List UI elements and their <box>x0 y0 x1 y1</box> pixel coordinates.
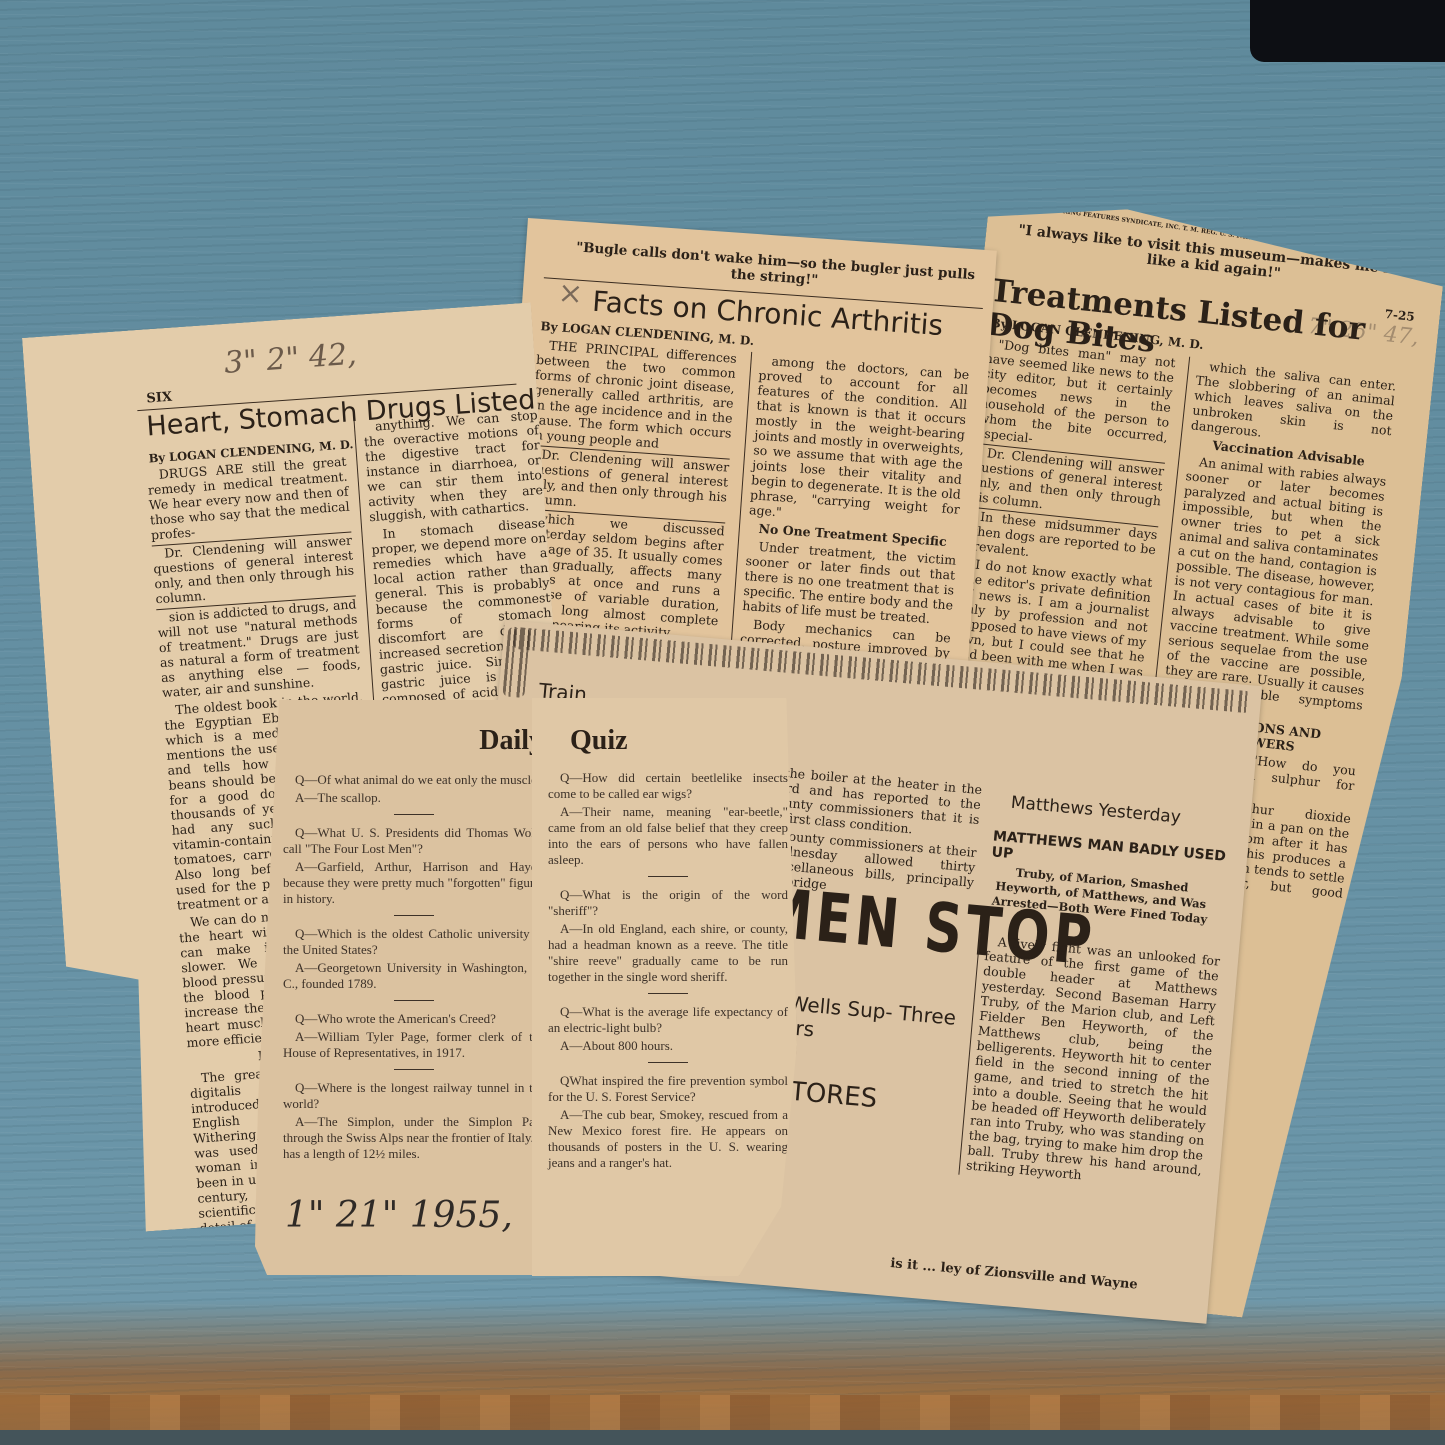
question: QWhat inspired the fire prevention symbo… <box>548 1073 788 1105</box>
quiz-item: Q—How did certain beetlelike insects com… <box>548 770 788 868</box>
dark-object-corner <box>1250 0 1445 62</box>
separator <box>648 876 688 877</box>
paragraph: A lively fight was an unlooked for featu… <box>966 933 1221 1193</box>
handwritten-date: 3" 2" 42, <box>223 337 358 381</box>
right-top-line: Matthews Yesterday <box>1010 793 1181 828</box>
page-label: SIX <box>146 390 173 407</box>
answer: A—Georgetown University in Washington, D… <box>283 960 545 992</box>
question: Q—What is the origin of the word "sherif… <box>548 887 788 919</box>
paragraph: Under treatment, the victim sooner or la… <box>742 538 957 627</box>
separator <box>394 915 434 916</box>
ornamental-border-left <box>502 626 530 698</box>
paragraph: THE PRINCIPAL differences between the tw… <box>530 337 737 456</box>
x-mark: × <box>557 275 585 312</box>
question: Q—Of what animal do we eat only the musc… <box>283 772 545 788</box>
clipping-daily-quiz-left: Daily Q—Of what animal do we eat only th… <box>255 700 555 1275</box>
paragraph: "Dog bites man" may not have seemed like… <box>976 335 1176 459</box>
paragraph: sion is addicted to drugs, and will not … <box>156 596 362 700</box>
quiz-left-column: Q—Of what animal do we eat only the musc… <box>283 772 545 1164</box>
worn-table-edge <box>0 1395 1445 1433</box>
answer: A—About 800 hours. <box>548 1038 788 1054</box>
quiz-item: Q—Which is the oldest Catholic universit… <box>283 926 545 992</box>
question: Q—Which is the oldest Catholic universit… <box>283 926 545 958</box>
handwritten-date: 1" 21" 1955, <box>285 1195 513 1236</box>
question: Q—How did certain beetlelike insects com… <box>548 770 788 802</box>
bottom-strip-text: is it ... ley of Zionsville and Wayne <box>890 1256 1139 1293</box>
paragraph: among the doctors, can be proved to acco… <box>749 353 970 532</box>
paragraph: Dr. Clendening will answer questions of … <box>152 532 356 606</box>
separator <box>394 814 434 815</box>
paragraph: Dr. Clendening will answer questions of … <box>526 446 730 520</box>
answer: A—Their name, meaning "ear-beetle," came… <box>548 804 788 868</box>
quiz-item: Q—What U. S. Presidents did Thomas Wolfe… <box>283 825 545 907</box>
separator <box>648 1062 688 1063</box>
separator <box>394 1069 434 1070</box>
quiz-item: Q—What is the average life expectancy of… <box>548 1004 788 1054</box>
paragraph: anything. We can stop the overactive mot… <box>363 407 545 524</box>
question: Q—What is the average life expectancy of… <box>548 1004 788 1036</box>
answer: A—The scallop. <box>283 790 545 806</box>
table-bottom-strip <box>0 1430 1445 1445</box>
paragraph: DRUGS ARE still the great remedy in medi… <box>146 454 351 543</box>
clipping-daily-quiz-right: Quiz Q—How did certain beetlelike insect… <box>532 698 797 1276</box>
separator <box>394 1000 434 1001</box>
quiz-item: QWhat inspired the fire prevention symbo… <box>548 1073 788 1171</box>
question: Q—Who wrote the American's Creed? <box>283 1011 545 1027</box>
quiz-item: Q—Of what animal do we eat only the musc… <box>283 772 545 806</box>
separator <box>648 993 688 994</box>
answer: A—In old England, each shire, or county,… <box>548 921 788 985</box>
answer: A—Garfield, Arthur, Harrison and Hayes, … <box>283 859 545 907</box>
question: Q—What U. S. Presidents did Thomas Wolfe… <box>283 825 545 857</box>
answer: A—The cub bear, Smokey, rescued from a N… <box>548 1107 788 1171</box>
quiz-right-column: Q—How did certain beetlelike insects com… <box>548 770 788 1173</box>
article-body: A lively fight was an unlooked for featu… <box>958 933 1220 1196</box>
quiz-title-right: Quiz <box>570 725 628 757</box>
quiz-item: Q—Where is the longest railway tunnel in… <box>283 1080 545 1162</box>
answer: A—William Tyler Page, former clerk of th… <box>283 1029 545 1061</box>
quiz-item: Q—Who wrote the American's Creed? A—Will… <box>283 1011 545 1061</box>
question: Q—Where is the longest railway tunnel in… <box>283 1080 545 1112</box>
answer: A—The Simplon, under the Simplon Pass th… <box>283 1114 545 1162</box>
quiz-item: Q—What is the origin of the word "sherif… <box>548 887 788 985</box>
